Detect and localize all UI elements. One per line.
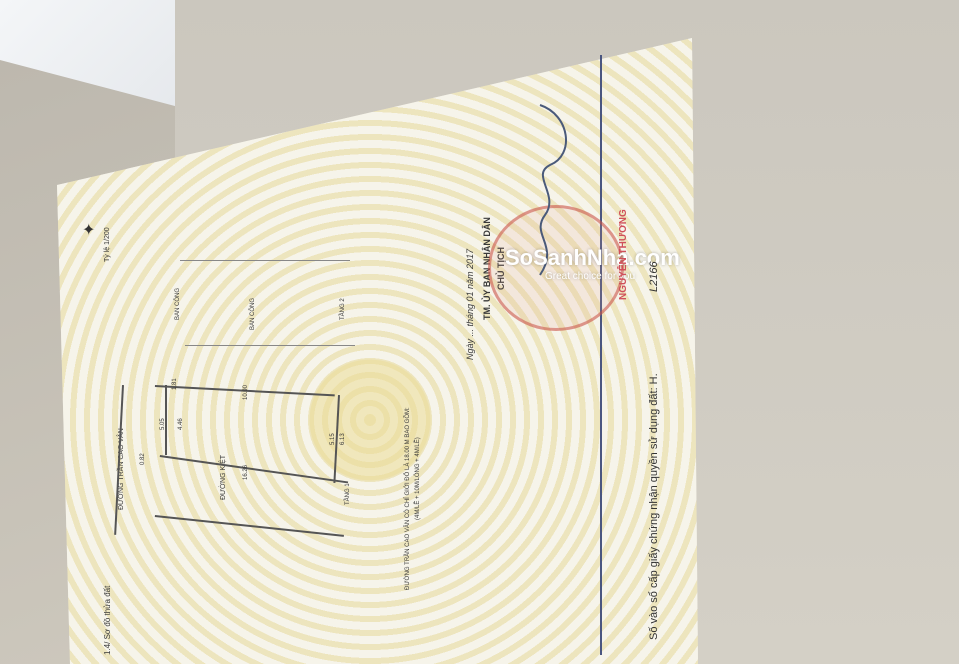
section-heading: 1.4/ Sơ đồ thửa đất xyxy=(103,586,112,655)
dim-label: 5.15 xyxy=(330,433,336,445)
signer-name: NGUYỄN THƯƠNG xyxy=(618,209,629,300)
scale-label: Tỷ lệ 1/200 xyxy=(104,227,111,262)
balcony-label: BAN CÔNG xyxy=(250,298,256,330)
dim-label: 16.26 xyxy=(243,465,249,480)
road-alley-label: ĐƯỜNG KIỆT xyxy=(220,455,227,500)
north-arrow-icon: ✦ xyxy=(82,220,95,240)
floor-2-edge-bottom xyxy=(185,345,355,346)
dim-label: 6.13 xyxy=(340,433,346,445)
dim-label: 1.81 xyxy=(172,378,178,390)
note-line-2: (4M/LỀ + 10M/LÒNG + 4M/LỀ) xyxy=(415,437,421,520)
floor-2-edge-top xyxy=(180,260,350,261)
dim-label: 0.82 xyxy=(140,453,146,465)
registry-line: Số vào sổ cấp giấy chứng nhận quyền sử d… xyxy=(648,373,660,640)
page-border-line xyxy=(600,55,602,655)
registry-number: L2166 xyxy=(648,261,660,292)
balcony-label: BAN CÔNG xyxy=(175,288,181,320)
dim-label: 10.90 xyxy=(243,385,249,400)
date-line: Ngày ... tháng 01 năm 2017 xyxy=(465,249,475,360)
floor-1-label: TẦNG 1 xyxy=(345,483,351,505)
dim-label: 5.05 xyxy=(160,418,166,430)
dim-label: 4.46 xyxy=(178,418,184,430)
floor-2-label: TẦNG 2 xyxy=(340,298,346,320)
note-line-1: ĐƯỜNG TRẦN CAO VÂN CÓ CHỈ GIỚI ĐỎ LÀ 18.… xyxy=(405,407,411,590)
